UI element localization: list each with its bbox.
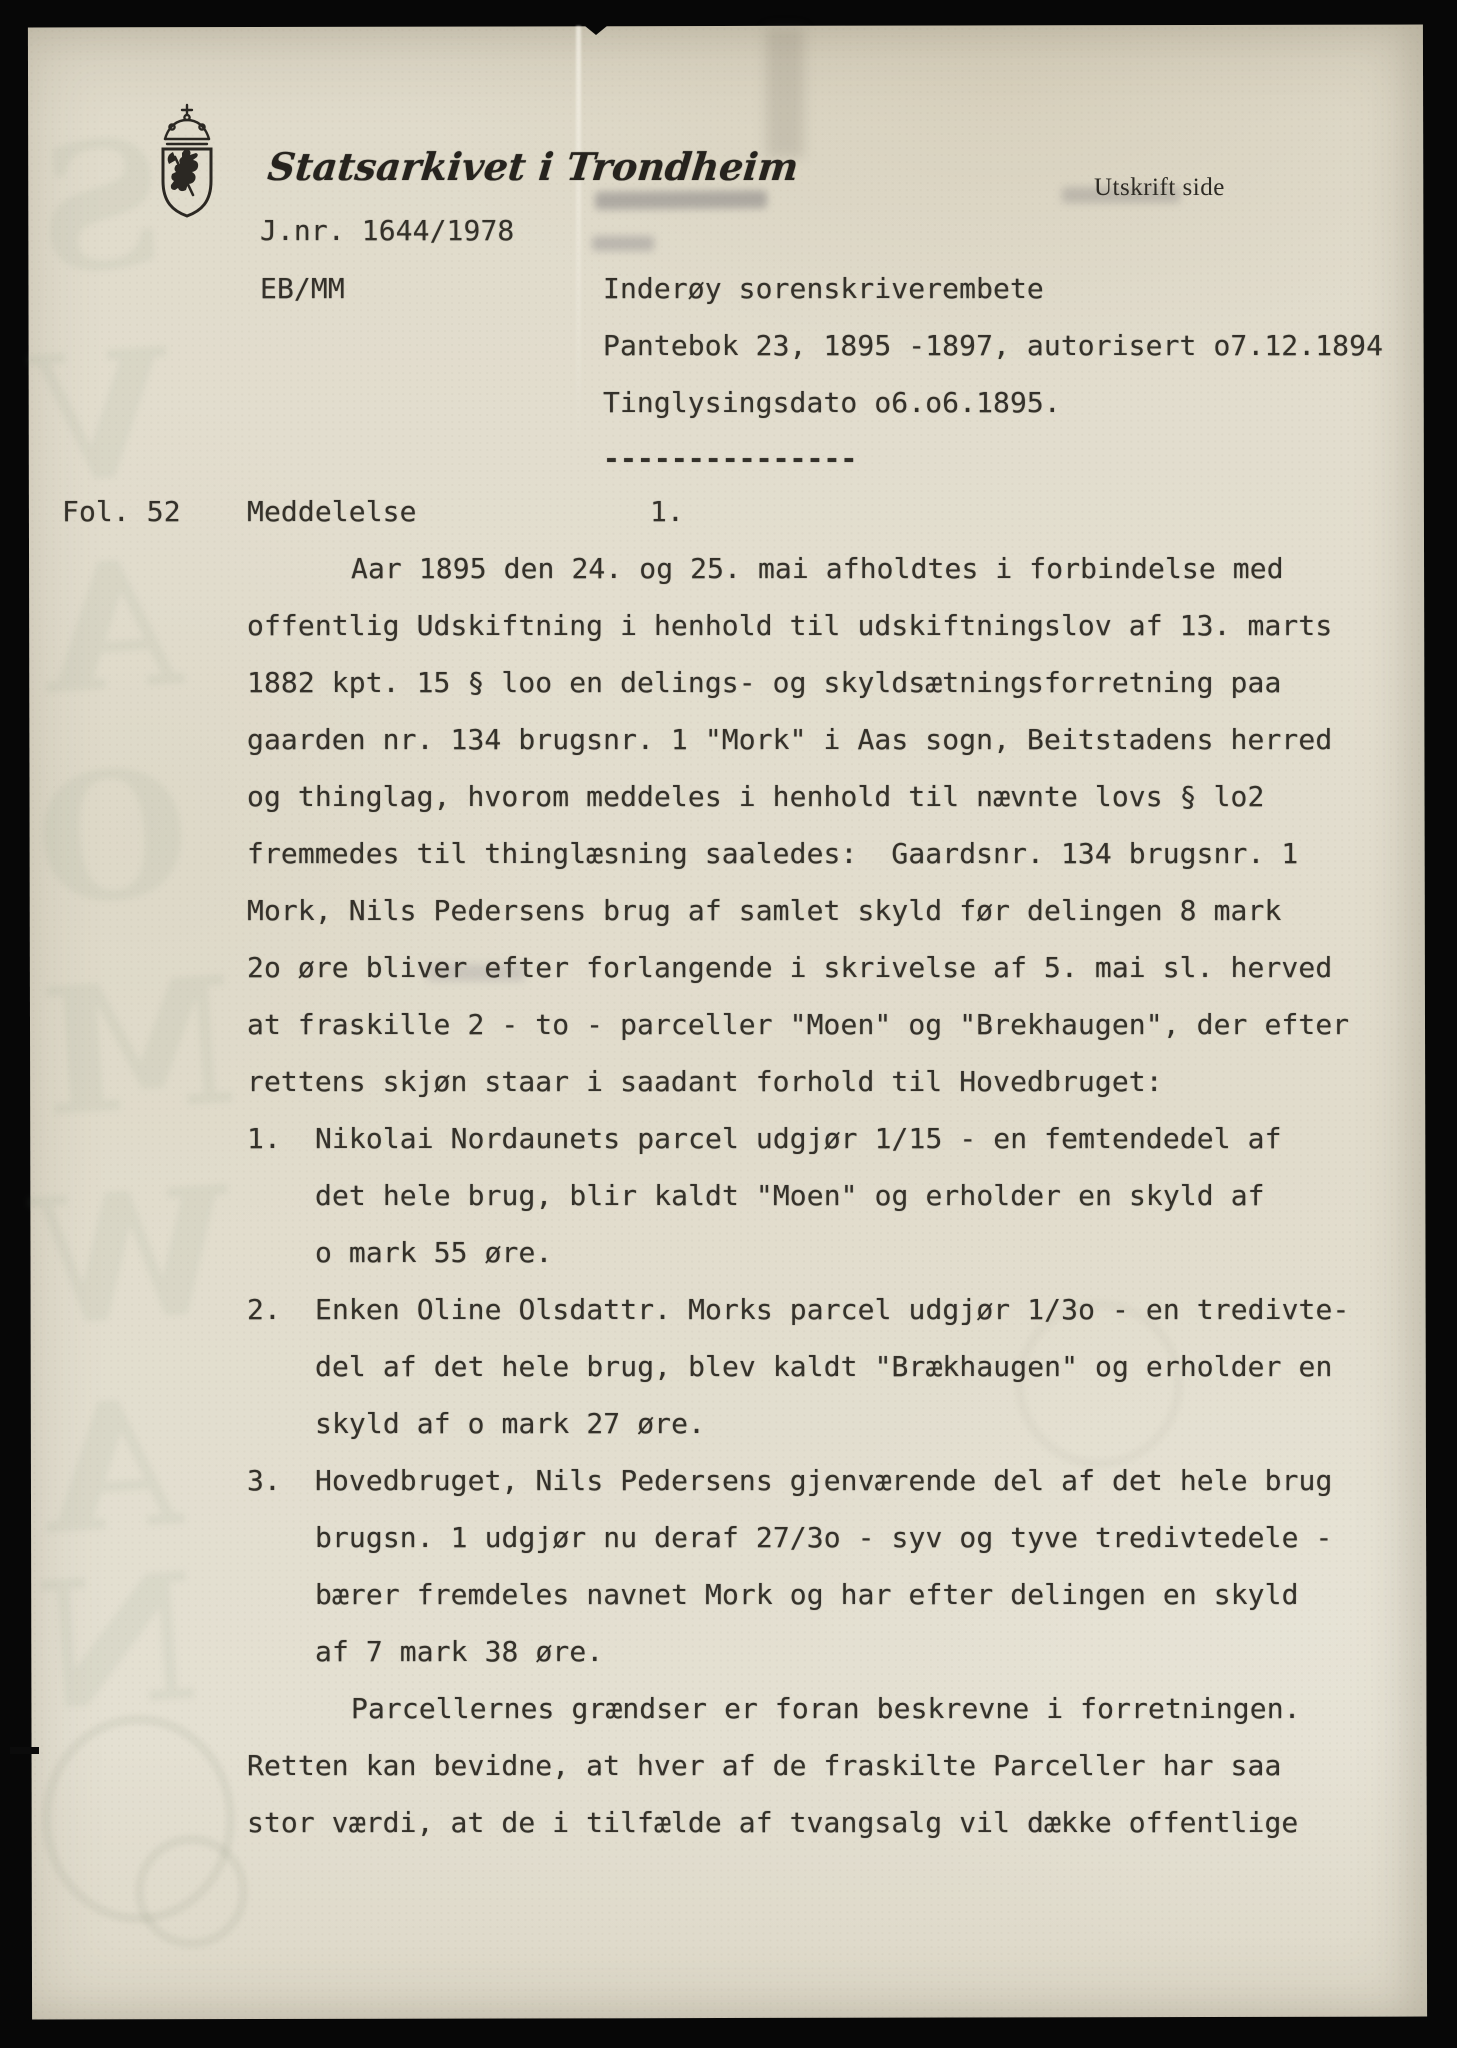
list-item-line: o mark 55 øre. xyxy=(315,1237,552,1269)
body-line: offentlig Udskiftning i henhold til udsk… xyxy=(247,610,1332,642)
case-initials: EB/MM xyxy=(260,273,345,305)
list-item-line: af 7 mark 38 øre. xyxy=(315,1636,603,1668)
body-line: Retten kan bevidne, at hver af de fraski… xyxy=(247,1750,1281,1782)
book-line: Pantebok 23, 1895 -1897, autorisert o7.1… xyxy=(603,330,1383,362)
scanned-archive-document: S V A O M W A N Statsarkivet i Trondheim… xyxy=(0,0,1457,2048)
body-line: Mork, Nils Pedersens brug af samlet skyl… xyxy=(247,895,1281,927)
body-line: gaarden nr. 134 brugsnr. 1 "Mork" i Aas … xyxy=(247,724,1332,756)
entry-type-label: Meddelelse xyxy=(247,496,417,528)
paper-tear-notch xyxy=(585,26,607,35)
archive-name-title: Statsarkivet i Trondheim xyxy=(266,146,801,188)
bleedthrough-stamp-ring xyxy=(135,1835,248,1948)
body-line: 1882 kpt. 15 § loo en delings- og skylds… xyxy=(247,667,1281,699)
list-item-line: det hele brug, blir kaldt "Moen" og erho… xyxy=(315,1180,1265,1212)
office-line: Inderøy sorenskriverembete xyxy=(603,273,1044,305)
body-line: fremmedes til thinglæsning saaledes: Gaa… xyxy=(247,838,1298,870)
body-line: Aar 1895 den 24. og 25. mai afholdtes i … xyxy=(351,553,1284,585)
list-item-line: Hovedbruget, Nils Pedersens gjenværende … xyxy=(315,1465,1332,1497)
list-item-line: Nikolai Nordaunets parcel udgjør 1/15 - … xyxy=(315,1123,1282,1155)
journal-number: J.nr. 1644/1978 xyxy=(260,215,514,247)
body-line: og thinglag, hvorom meddeles i henhold t… xyxy=(247,781,1264,813)
list-item-number: 1. xyxy=(247,1123,281,1155)
lion-glyph xyxy=(171,149,198,191)
date-line: Tinglysingsdato o6.o6.1895. xyxy=(603,387,1061,419)
body-line: 2o øre bliver efter forlangende i skrive… xyxy=(247,952,1332,984)
body-line: stor værdi, at de i tilfælde af tvangsal… xyxy=(247,1807,1298,1839)
list-item-line: brugsn. 1 udgjør nu deraf 27/3o - syv og… xyxy=(315,1522,1332,1554)
typed-divider: --------------- xyxy=(603,443,857,475)
list-item-line: bærer fremdeles navnet Mork og har efter… xyxy=(315,1579,1299,1611)
list-item-number: 2. xyxy=(247,1294,281,1326)
margin-pen-dash xyxy=(10,1747,39,1754)
list-item-number: 3. xyxy=(247,1465,281,1497)
body-line: rettens skjøn staar i saadant forhold ti… xyxy=(247,1066,1163,1098)
list-item-line: del af det hele brug, blev kaldt "Brækha… xyxy=(315,1351,1332,1383)
body-line: Parcellernes grændser er foran beskrevne… xyxy=(351,1693,1301,1725)
folio-label: Fol. 52 xyxy=(62,496,181,528)
list-item-line: skyld af o mark 27 øre. xyxy=(315,1408,705,1440)
list-item-line: Enken Oline Olsdattr. Morks parcel udgjø… xyxy=(315,1294,1349,1326)
print-page-label: Utskrift side xyxy=(1094,174,1225,202)
norway-coat-of-arms-icon xyxy=(148,102,226,220)
entry-number: 1. xyxy=(650,496,684,528)
body-line: at fraskille 2 - to - parceller "Moen" o… xyxy=(247,1009,1349,1041)
axe-head-glyph xyxy=(168,152,176,164)
